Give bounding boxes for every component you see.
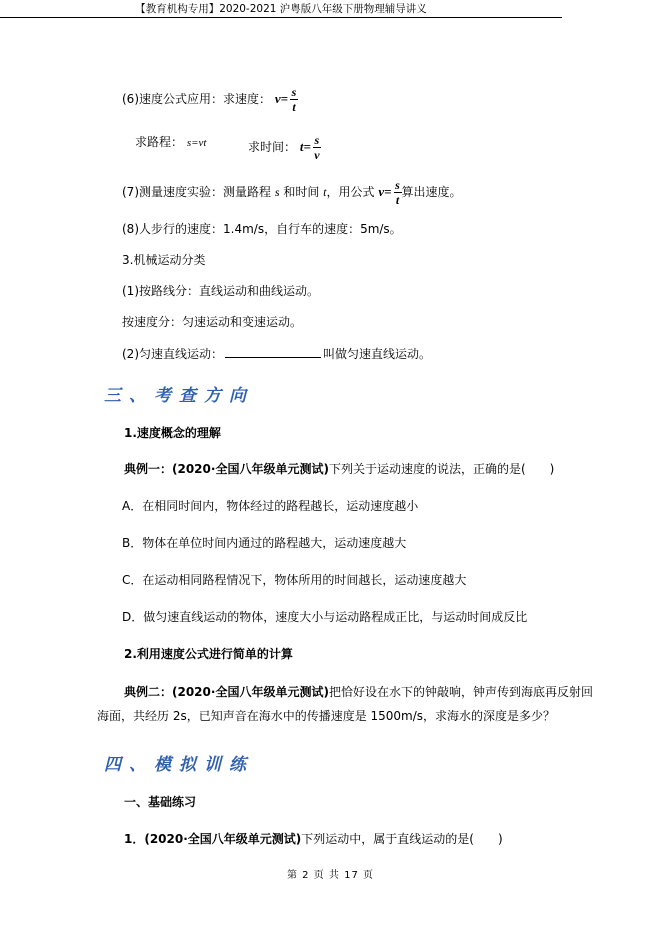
option-b: B．物体在单位时间内通过的路程越大，运动速度越大 [122,535,406,551]
item-7-experiment: (7)测量速度实验：测量路程 s 和时间 t，用公式 v=st算出速度。 [122,179,462,206]
section-heading-exam-direction: 三、考查方向 [104,381,254,406]
item-7-text-d: 算出速度。 [402,185,462,199]
denominator: t [292,101,295,113]
formula-t-lhs: t= [300,139,311,154]
option-c: C．在运动相同路程情况下，物体所用的时间越长，运动速度越大 [122,572,466,588]
item-7-text-a: (7)测量速度实验：测量路程 [122,185,275,199]
numerator: s [395,179,400,191]
numerator: s [292,86,297,98]
example-1-question: 下列关于运动速度的说法，正确的是( ) [329,462,554,476]
denominator: v [314,149,319,161]
topic-2-title: 2.利用速度公式进行简单的计算 [124,646,293,662]
numerator: s [315,134,320,146]
option-d: D．做匀速直线运动的物体，速度大小与运动路程成正比，与运动时间成反比 [122,609,527,625]
example-1-label: 典例一：(2020·全国八年级单元测试) [124,462,329,476]
topic-1-title: 1.速度概念的理解 [124,425,221,441]
section-3-title: 3.机械运动分类 [122,252,205,268]
item-6-velocity-formula: (6)速度公式应用：求速度： v=st [122,86,298,113]
formula-v-lhs: v= [275,91,288,106]
item-6-distance: 求路程： s=vt [135,134,207,151]
fraction-s-over-v: sv [313,134,321,161]
fraction-s-over-t: st [394,179,402,206]
item-6-prefix: (6)速度公式应用：求速度： [122,92,271,106]
option-a: A．在相同时间内，物体经过的路程越长，运动速度越小 [122,498,418,514]
question-1-label: 1．(2020·全国八年级单元测试) [124,832,301,846]
document-header-title: 【教育机构专用】2020-2021 沪粤版八年级下册物理辅导讲义 [0,1,562,16]
distance-formula: s=vt [187,137,207,149]
classify-by-speed: 按速度分：匀速运动和变速运动。 [122,314,302,330]
header-divider [0,17,562,18]
fraction-s-over-t: st [290,86,298,113]
item-7-text-b: 和时间 [280,185,324,199]
practice-subheading: 一、基础练习 [124,794,196,810]
practice-question-1: 1．(2020·全国八年级单元测试)下列运动中，属于直线运动的是( ) [124,831,503,847]
uniform-linear-motion-fill-in: (2)匀速直线运动：叫做匀速直线运动。 [122,345,431,362]
classify-by-path: (1)按路线分：直线运动和曲线运动。 [122,283,319,299]
denominator: t [396,194,399,206]
item-7-text-c: ，用公式 [326,185,378,199]
example-2-line-1: 典例二：(2020·全国八年级单元测试)把恰好设在水下的钟敲响，钟声传到海底再反… [124,684,593,700]
page-number-footer: 第 2 页 共 17 页 [0,866,661,881]
example-2-question-line-1: 把恰好设在水下的钟敲响，钟声传到海底再反射回 [329,685,593,699]
fill-in-suffix: 叫做匀速直线运动。 [323,347,431,361]
item-8-speeds: (8)人步行的速度：1.4m/s，自行车的速度：5m/s。 [122,221,402,237]
fill-in-blank[interactable] [225,345,321,358]
question-1-text: 下列运动中，属于直线运动的是( ) [301,832,502,846]
example-2-line-2: 海面，共经历 2s，已知声音在海水中的传播速度是 1500m/s，求海水的深度是… [97,708,555,724]
example-2-label: 典例二：(2020·全国八年级单元测试) [124,685,329,699]
distance-label: 求路程： [135,135,183,149]
example-1: 典例一：(2020·全国八年级单元测试)下列关于运动速度的说法，正确的是( ) [124,461,554,477]
time-label: 求时间： [248,140,296,154]
formula-v-lhs: v= [378,184,391,199]
fill-in-prefix: (2)匀速直线运动： [122,347,223,361]
section-heading-practice: 四、模拟训练 [104,750,254,775]
item-6-time: 求时间： t=sv [248,134,321,161]
